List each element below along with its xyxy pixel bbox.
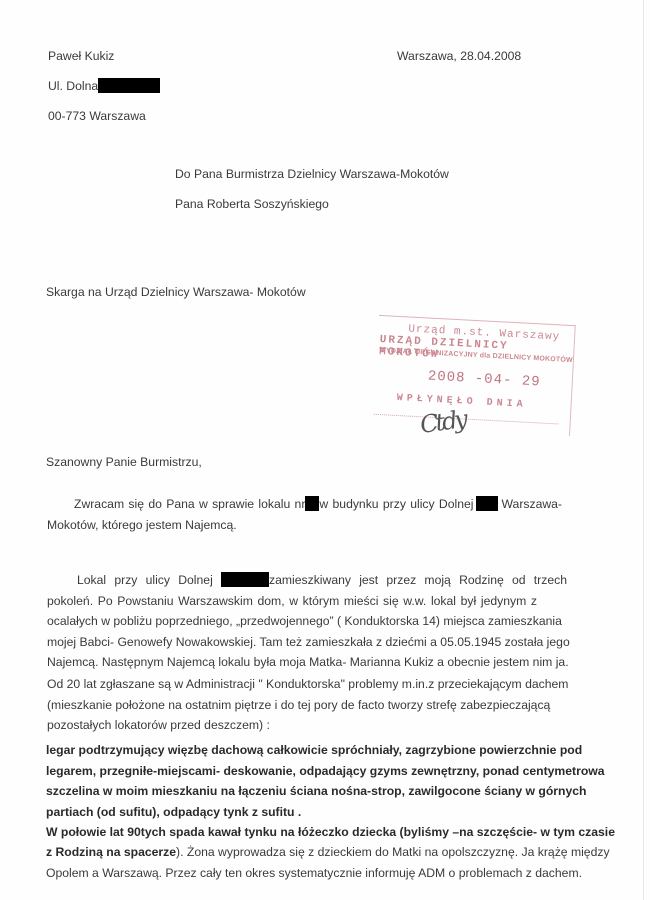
text-segment: Zwracam się do Pana w sprawie lokalu nr	[74, 497, 305, 511]
stamp-dotted-line	[374, 414, 559, 425]
paragraph-4-line-5: W połowie lat 90tych spada kawał tynku n…	[46, 822, 606, 843]
handwritten-signature: Ctdy	[418, 405, 466, 439]
paragraph-4-line-2: legarem, przegniłe-miejscami- deskowanie…	[46, 761, 606, 782]
paragraph-4-continued: z Rodziną na spacerze). Żona wyprowadza …	[46, 842, 606, 883]
text-segment: Lokal przy ulicy Dolnej	[77, 573, 213, 587]
paragraph-4-line-6: z Rodziną na spacerze). Żona wyprowadza …	[46, 842, 606, 863]
paragraph-1-line-2: Mokotów, którego jestem Najemcą.	[47, 515, 607, 536]
paragraph-2-line-2: pokoleń. Po Powstaniu Warszawskim dom, w…	[47, 591, 537, 612]
text-segment: ). Żona wyprowadza się z dzieckiem do Ma…	[176, 845, 610, 859]
redaction-block	[476, 496, 498, 511]
recipient-line-1: Do Pana Burmistrza Dzielnicy Warszawa-Mo…	[175, 166, 449, 182]
sender-street: Ul. Dolna	[48, 78, 160, 94]
paragraph-1: Zwracam się do Pana w sprawie lokalu nrw…	[47, 494, 607, 535]
paragraph-3-line-3: pozostałych lokatorów przed deszczem) :	[47, 715, 607, 736]
redaction-block	[305, 496, 319, 511]
paragraph-3-line-2: (mieszkanie położone na ostatnim piętrze…	[47, 695, 607, 716]
paragraph-3: Od 20 lat zgłaszane są w Administracji "…	[47, 674, 607, 736]
paragraph-2-line-5: Najemcą. Następnym Najemcą lokalu była m…	[47, 652, 607, 673]
place-date: Warszawa, 28.04.2008	[397, 48, 521, 64]
letter-page: Paweł Kukiz Ul. Dolna 00-773 Warszawa Wa…	[0, 0, 650, 900]
paragraph-4-line-7: Opolem a Warszawą. Przez cały ten okres …	[46, 863, 606, 884]
text-segment-bold: z Rodziną na spacerze	[46, 845, 176, 859]
salutation: Szanowny Panie Burmistrzu,	[46, 454, 202, 470]
paragraph-4-line-1: legar podtrzymujący więzbę dachową całko…	[46, 740, 606, 761]
subject-line: Skarga na Urząd Dzielnicy Warszawa- Moko…	[46, 284, 306, 300]
received-stamp: Urząd m.st. Warszawy URZĄD DZIELNICY MOK…	[373, 315, 576, 436]
text-segment: Warszawa-	[502, 497, 563, 511]
sender-name: Paweł Kukiz	[48, 48, 114, 64]
page-edge	[643, 0, 644, 900]
paragraph-2-line-1: Lokal przy ulicy Dolnej zamieszkiwany je…	[47, 570, 567, 591]
sender-postal-city: 00-773 Warszawa	[48, 108, 146, 124]
paragraph-4: legar podtrzymujący więzbę dachową całko…	[46, 740, 606, 843]
paragraph-4-line-4: partiach (od sufitu), odpadący tynk z su…	[46, 802, 606, 823]
paragraph-2: Lokal przy ulicy Dolnej zamieszkiwany je…	[47, 570, 607, 673]
paragraph-2-line-3: ocalałych w pobliżu poprzedniego, „przed…	[47, 611, 537, 632]
paragraph-1-line-1: Zwracam się do Pana w sprawie lokalu nrw…	[47, 494, 562, 515]
paragraph-2-line-4: mojej Babci- Genowefy Nowakowskiej. Tam …	[47, 632, 567, 653]
stamp-date: 2008 -04- 29	[427, 369, 541, 391]
text-segment: w budynku przy ulicy Dolnej	[319, 497, 473, 511]
paragraph-3-line-1: Od 20 lat zgłaszane są w Administracji "…	[47, 674, 607, 695]
sender-street-label: Ul. Dolna	[48, 79, 98, 93]
paragraph-4-line-3: szczelina w moim mieszkaniu na łączeniu …	[46, 781, 606, 802]
redaction-block	[98, 78, 160, 93]
redaction-block	[221, 572, 269, 587]
recipient-line-2: Pana Roberta Soszyńskiego	[175, 196, 329, 212]
text-segment: zamieszkiwany jest przez moją Rodzinę od…	[269, 573, 567, 587]
